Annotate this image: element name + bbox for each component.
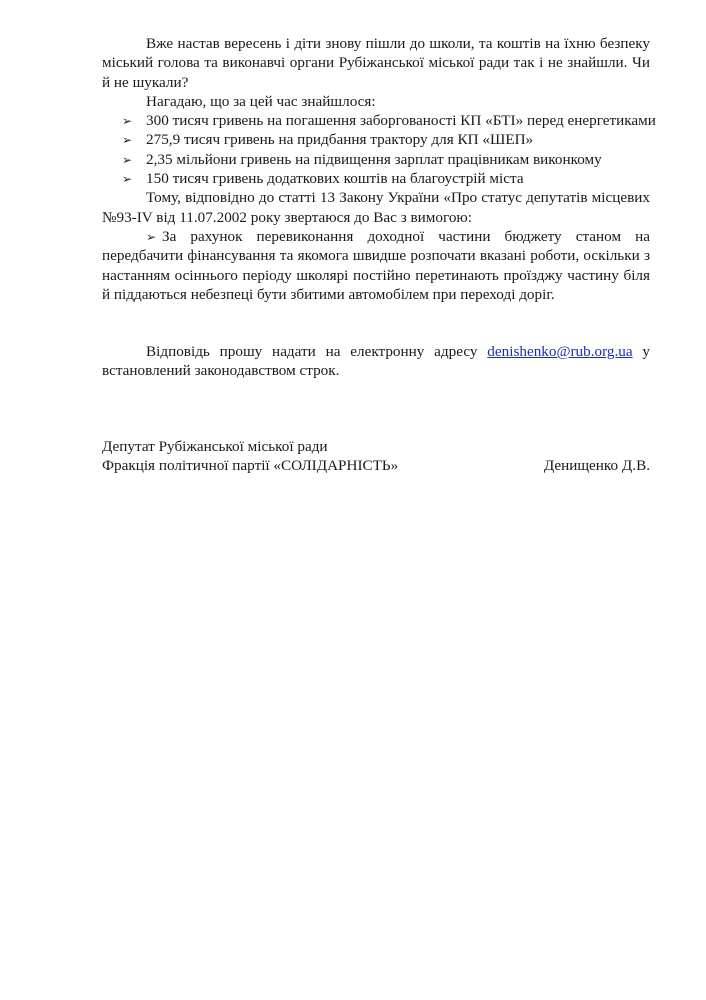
signature-block: Фракція політичної партії «СОЛІДАРНІСТЬ»… — [102, 456, 650, 475]
demand-line-1: ➢За рахунок перевиконання доходної части… — [102, 227, 650, 246]
arrow-bullet-icon: ➢ — [122, 112, 146, 131]
email-link[interactable]: denishenko@rub.org.ua — [487, 343, 632, 360]
demand-line-4: й піддаються небезпеці бути збитими авто… — [102, 285, 650, 304]
intro-line-3: й не шукали? — [102, 73, 650, 92]
document-page: Вже настав вересень і діти знову пішли д… — [102, 20, 650, 475]
demand-line-2: передбачити фінансування та якомога швид… — [102, 246, 650, 265]
reminder-text: Нагадаю, що за цей час знайшлося: — [102, 92, 650, 111]
signature-name: Денищенко Д.В. — [544, 456, 650, 475]
list-item: ➢275,9 тисяч гривень на придбання тракто… — [102, 130, 650, 149]
response-line-2: встановлений законодавством строк. — [102, 361, 650, 380]
list-item-text: 150 тисяч гривень додаткових коштів на б… — [146, 170, 524, 187]
list-item-text: 2,35 мільйони гривень на підвищення зарп… — [146, 151, 602, 168]
law-line-1: Тому, відповідно до статті 13 Закону Укр… — [102, 188, 650, 207]
arrow-bullet-icon: ➢ — [122, 151, 146, 170]
intro-line-1: Вже настав вересень і діти знову пішли д… — [102, 34, 650, 53]
signature-title: Депутат Рубіжанської міської ради — [102, 437, 650, 456]
list-item-text: 275,9 тисяч гривень на придбання трактор… — [146, 131, 533, 148]
list-item: ➢2,35 мільйони гривень на підвищення зар… — [102, 150, 650, 169]
law-line-2: №93-IV від 11.07.2002 року звертаюся до … — [102, 208, 650, 227]
list-item: ➢300 тисяч гривень на погашення заборгов… — [102, 111, 650, 130]
intro-line-2: міський голова та виконавчі органи Рубіж… — [102, 53, 650, 72]
list-item: ➢150 тисяч гривень додаткових коштів на … — [102, 169, 650, 188]
list-item-text: 300 тисяч гривень на погашення заборгова… — [146, 112, 656, 129]
response-line-1: Відповідь прошу надати на електронну адр… — [102, 342, 650, 361]
arrow-bullet-icon: ➢ — [146, 228, 162, 246]
arrow-bullet-icon: ➢ — [122, 170, 146, 189]
arrow-bullet-icon: ➢ — [122, 131, 146, 150]
demand-line-3: настанням осіннього періоду школярі пост… — [102, 266, 650, 285]
signature-faction: Фракція політичної партії «СОЛІДАРНІСТЬ» — [102, 456, 398, 475]
